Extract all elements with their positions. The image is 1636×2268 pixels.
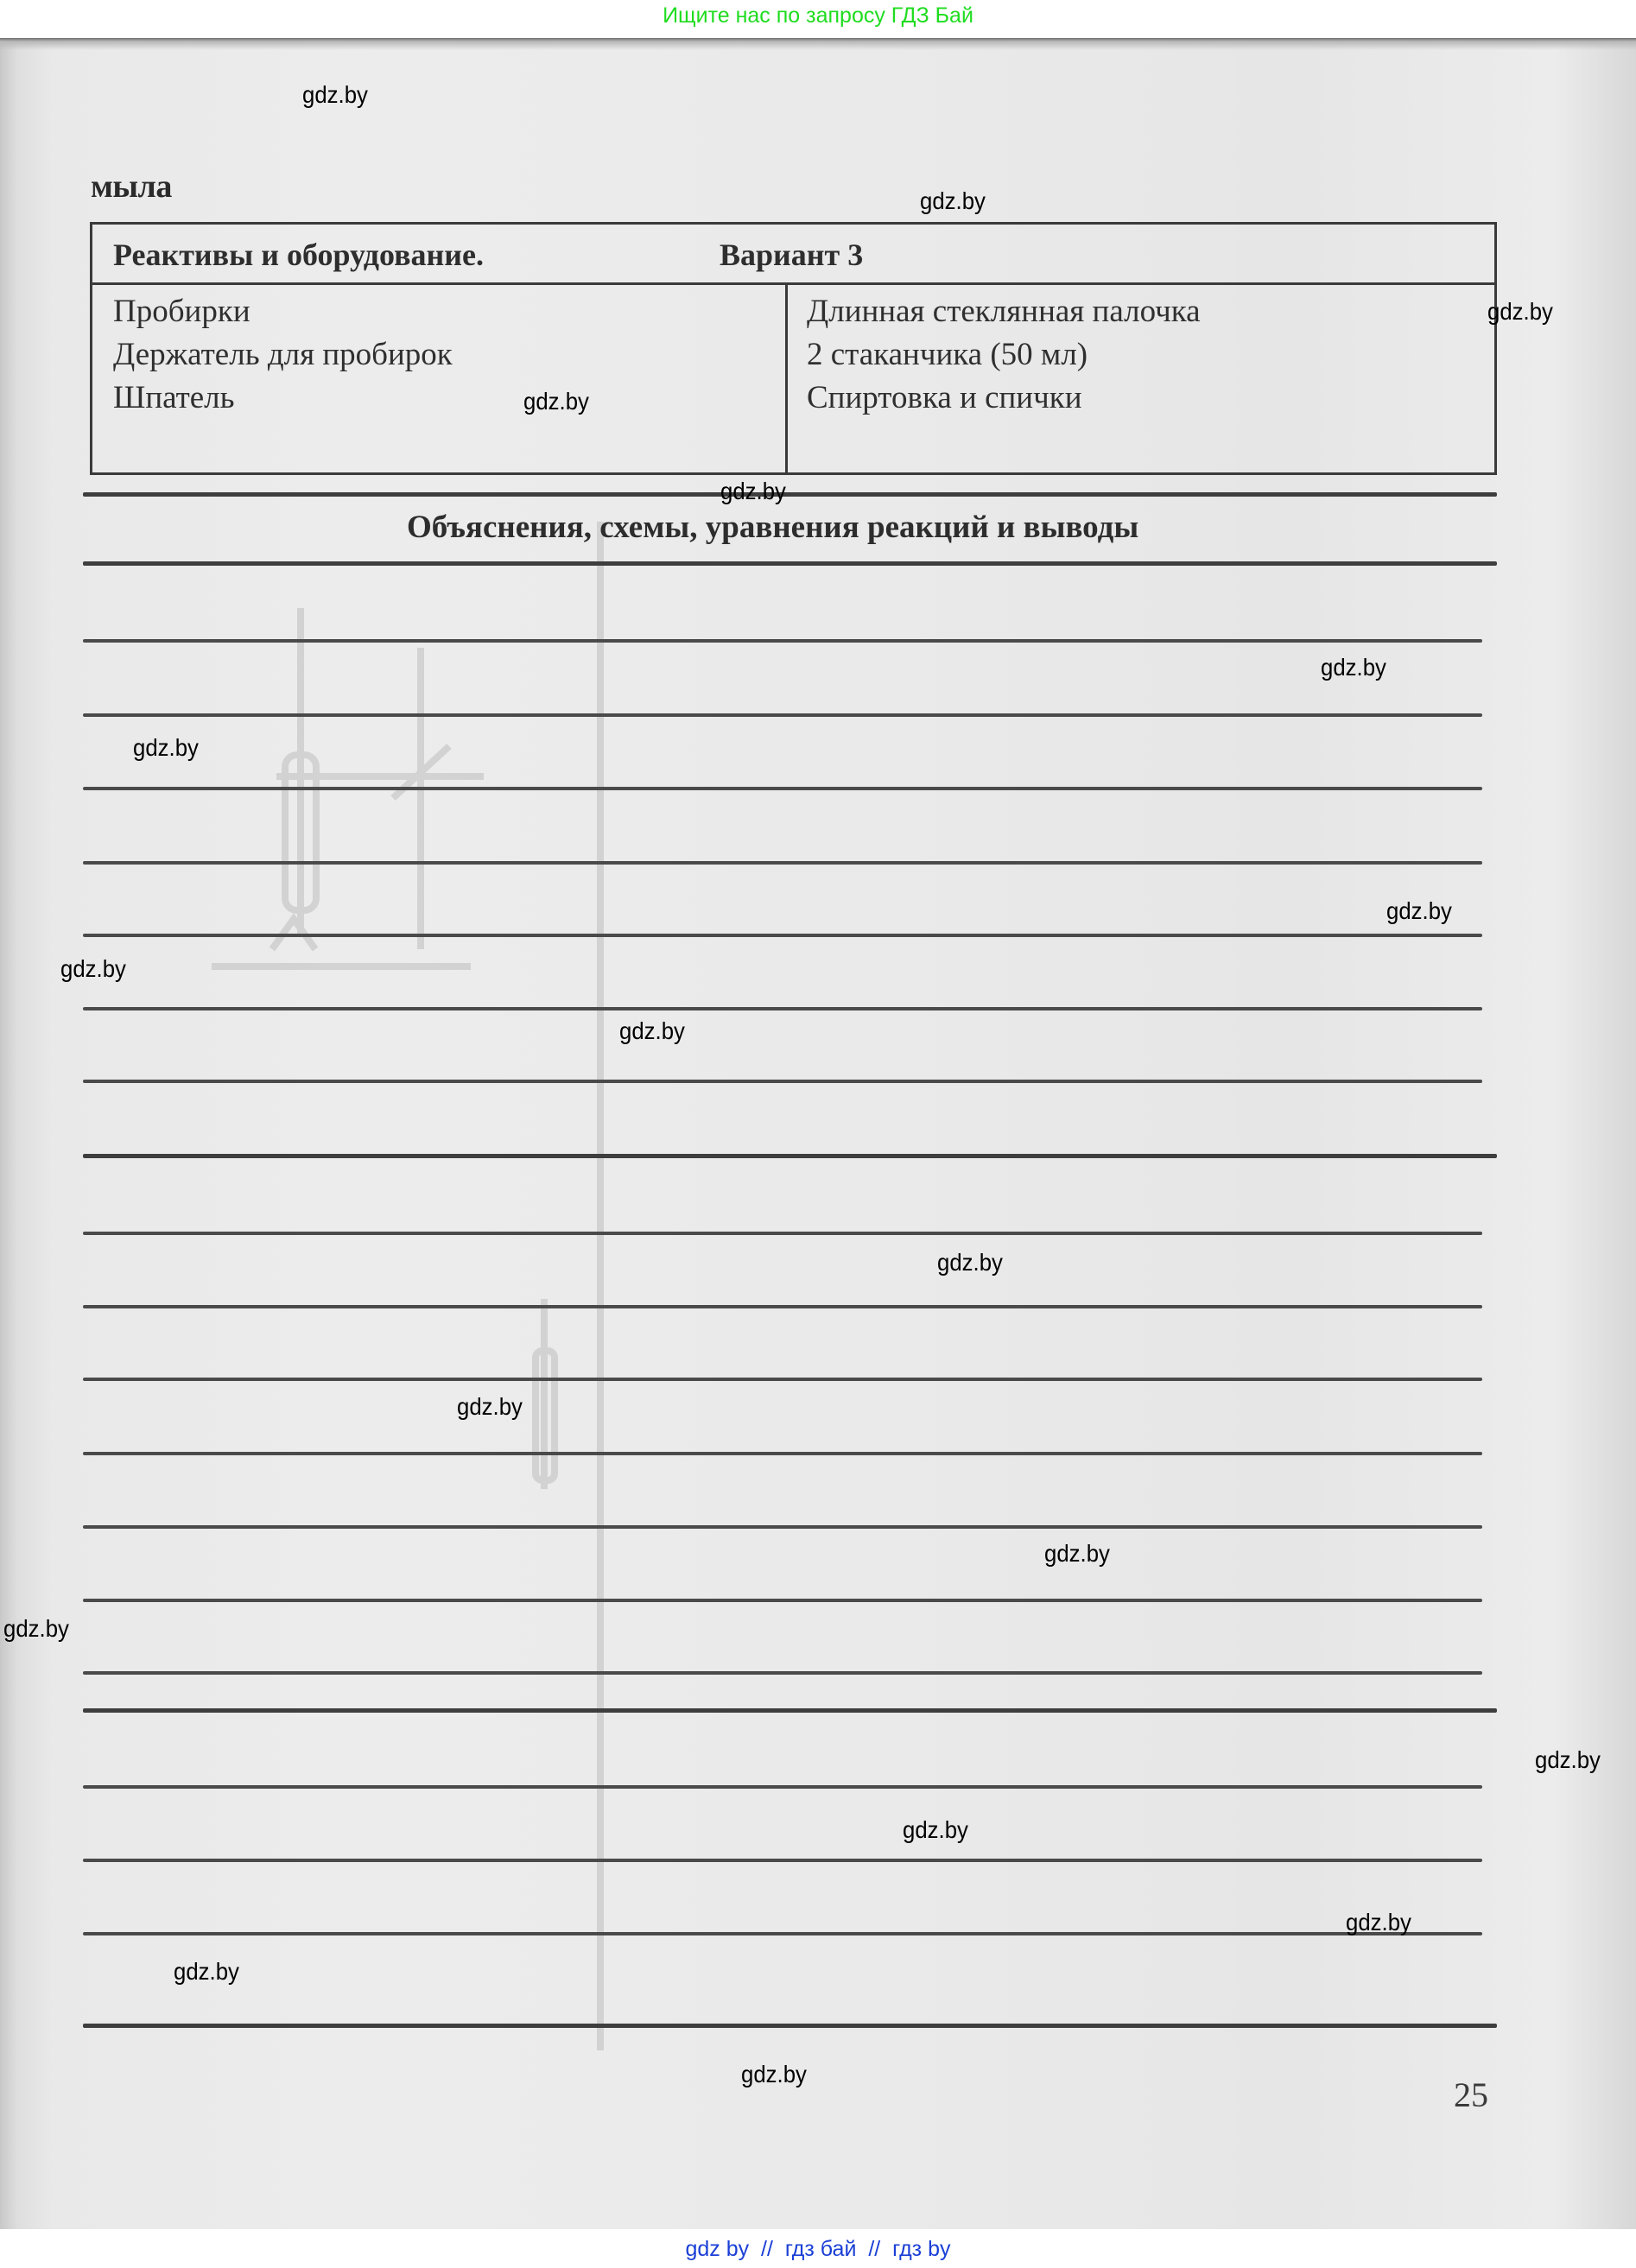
writing-line[interactable] — [83, 1305, 1482, 1308]
writing-line[interactable] — [83, 1525, 1482, 1529]
page-title-fragment: мыла — [91, 168, 172, 206]
table-cell-left: Пробирки Держатель для пробирок Шпатель — [113, 290, 453, 420]
table-column-divider — [785, 285, 788, 475]
watermark: gdz.by — [133, 734, 199, 762]
watermark: gdz.by — [523, 388, 589, 415]
writing-line[interactable] — [83, 861, 1482, 865]
watermark: gdz.by — [720, 478, 786, 505]
writing-line[interactable] — [83, 934, 1482, 937]
watermark: gdz.by — [457, 1393, 523, 1421]
watermark: gdz.by — [302, 81, 368, 109]
writing-line[interactable] — [83, 1452, 1482, 1455]
writing-line[interactable] — [83, 1708, 1497, 1713]
banner-text: Ищите нас по запросу ГДЗ Бай — [663, 3, 973, 29]
writing-line[interactable] — [83, 1154, 1497, 1158]
writing-line[interactable] — [83, 492, 1497, 497]
top-banner: Ищите нас по запросу ГДЗ Бай — [0, 0, 1636, 38]
watermark: gdz.by — [920, 187, 986, 215]
watermark: gdz.by — [60, 955, 126, 983]
equipment-item: Держатель для пробирок — [113, 333, 453, 377]
writing-line[interactable] — [83, 1932, 1482, 1935]
writing-line[interactable] — [83, 1859, 1482, 1862]
watermark: gdz.by — [619, 1017, 685, 1045]
equipment-item: Шпатель — [113, 377, 453, 420]
watermark: gdz.by — [1321, 654, 1386, 681]
writing-line[interactable] — [83, 1007, 1482, 1010]
footer-banner: gdz by // гдз бай // гдз by — [0, 2229, 1636, 2268]
watermark: gdz.by — [903, 1816, 968, 1844]
watermark: gdz.by — [174, 1958, 239, 1986]
writing-line[interactable] — [83, 1232, 1482, 1235]
writing-line[interactable] — [83, 2024, 1497, 2028]
equipment-item: 2 стаканчика (50 мл) — [807, 333, 1201, 377]
equipment-item: Спиртовка и спички — [807, 377, 1201, 420]
table-header-variant: Вариант 3 — [720, 237, 863, 273]
workbook-page: мыла Реактивы и оборудование. Вариант 3 … — [0, 38, 1636, 2229]
equipment-item: Пробирки — [113, 290, 453, 333]
watermark: gdz.by — [1386, 897, 1452, 925]
page-number: 25 — [1454, 2075, 1488, 2115]
equipment-table: Реактивы и оборудование. Вариант 3 Проби… — [90, 222, 1497, 475]
writing-line[interactable] — [83, 787, 1482, 790]
table-header-reagents: Реактивы и оборудование. — [113, 237, 484, 273]
watermark: gdz.by — [1044, 1540, 1110, 1568]
watermark: gdz.by — [1535, 1746, 1601, 1774]
watermark: gdz.by — [3, 1615, 69, 1643]
watermark: gdz.by — [1487, 298, 1553, 326]
equipment-item: Длинная стеклянная палочка — [807, 290, 1201, 333]
writing-line[interactable] — [83, 1671, 1482, 1675]
writing-line[interactable] — [83, 639, 1482, 643]
writing-line[interactable] — [83, 713, 1482, 717]
watermark: gdz.by — [1346, 1909, 1411, 1936]
table-cell-right: Длинная стеклянная палочка 2 стаканчика … — [807, 290, 1201, 420]
writing-line[interactable] — [83, 1378, 1482, 1381]
writing-line[interactable] — [83, 1080, 1482, 1083]
watermark: gdz.by — [741, 2061, 807, 2088]
watermark: gdz.by — [937, 1249, 1003, 1277]
writing-line[interactable] — [83, 561, 1497, 566]
section-heading: Объяснения, схемы, уравнения реакций и в… — [407, 509, 1138, 546]
writing-line[interactable] — [83, 1599, 1482, 1602]
footer-text: gdz by // гдз бай // гдз by — [685, 2237, 950, 2262]
table-header-row: Реактивы и оборудование. Вариант 3 — [92, 225, 1494, 285]
writing-line[interactable] — [83, 1785, 1482, 1789]
